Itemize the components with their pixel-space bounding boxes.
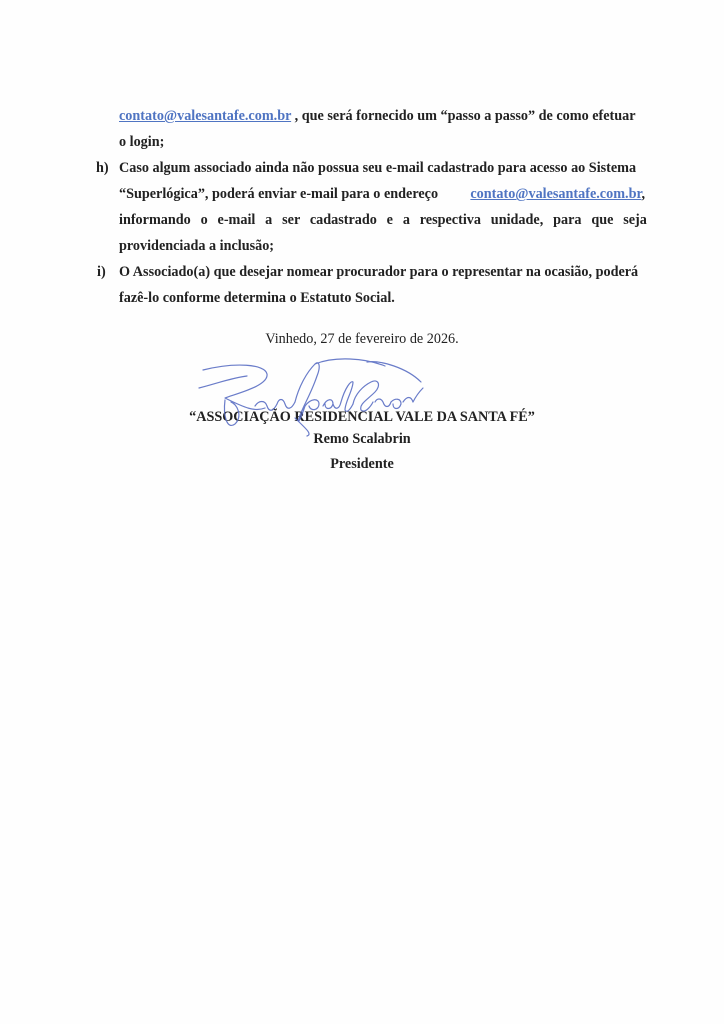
- email-link-2[interactable]: contato@valesantafe.com.br: [470, 186, 641, 202]
- continuation-text: , que será fornecido um “passo a passo” …: [295, 108, 636, 124]
- organization-name: “ASSOCIAÇÃO RESIDENCIAL VALE DA SANTA FÉ…: [0, 408, 724, 426]
- item-i-line-2: fazê-lo conforme determina o Estatuto So…: [119, 289, 395, 307]
- email-link[interactable]: contato@valesantafe.com.br: [119, 108, 291, 124]
- handwritten-signature-icon: [195, 358, 425, 438]
- item-h-line-2: “Superlógica”, poderá enviar e-mail para…: [119, 185, 645, 203]
- continuation-line-2: o login;: [119, 133, 164, 151]
- comma: ,: [641, 186, 645, 202]
- item-h-line-1: Caso algum associado ainda não possua se…: [119, 159, 636, 177]
- item-h-line-4: providenciada a inclusão;: [119, 237, 274, 255]
- item-h-marker: h): [96, 159, 109, 177]
- signer-name: Remo Scalabrin: [0, 430, 724, 448]
- item-i-marker: i): [97, 263, 106, 281]
- place-date: Vinhedo, 27 de fevereiro de 2026.: [0, 330, 724, 348]
- item-h-line-2-text: “Superlógica”, poderá enviar e-mail para…: [119, 185, 438, 203]
- continuation-line-1: contato@valesantafe.com.br , que será fo…: [119, 107, 636, 125]
- signer-title: Presidente: [0, 455, 724, 473]
- item-h-line-3: informando o e-mail a ser cadastrado e a…: [119, 211, 647, 229]
- item-i-line-1: O Associado(a) que desejar nomear procur…: [119, 263, 638, 281]
- document-page: contato@valesantafe.com.br , que será fo…: [0, 0, 724, 1024]
